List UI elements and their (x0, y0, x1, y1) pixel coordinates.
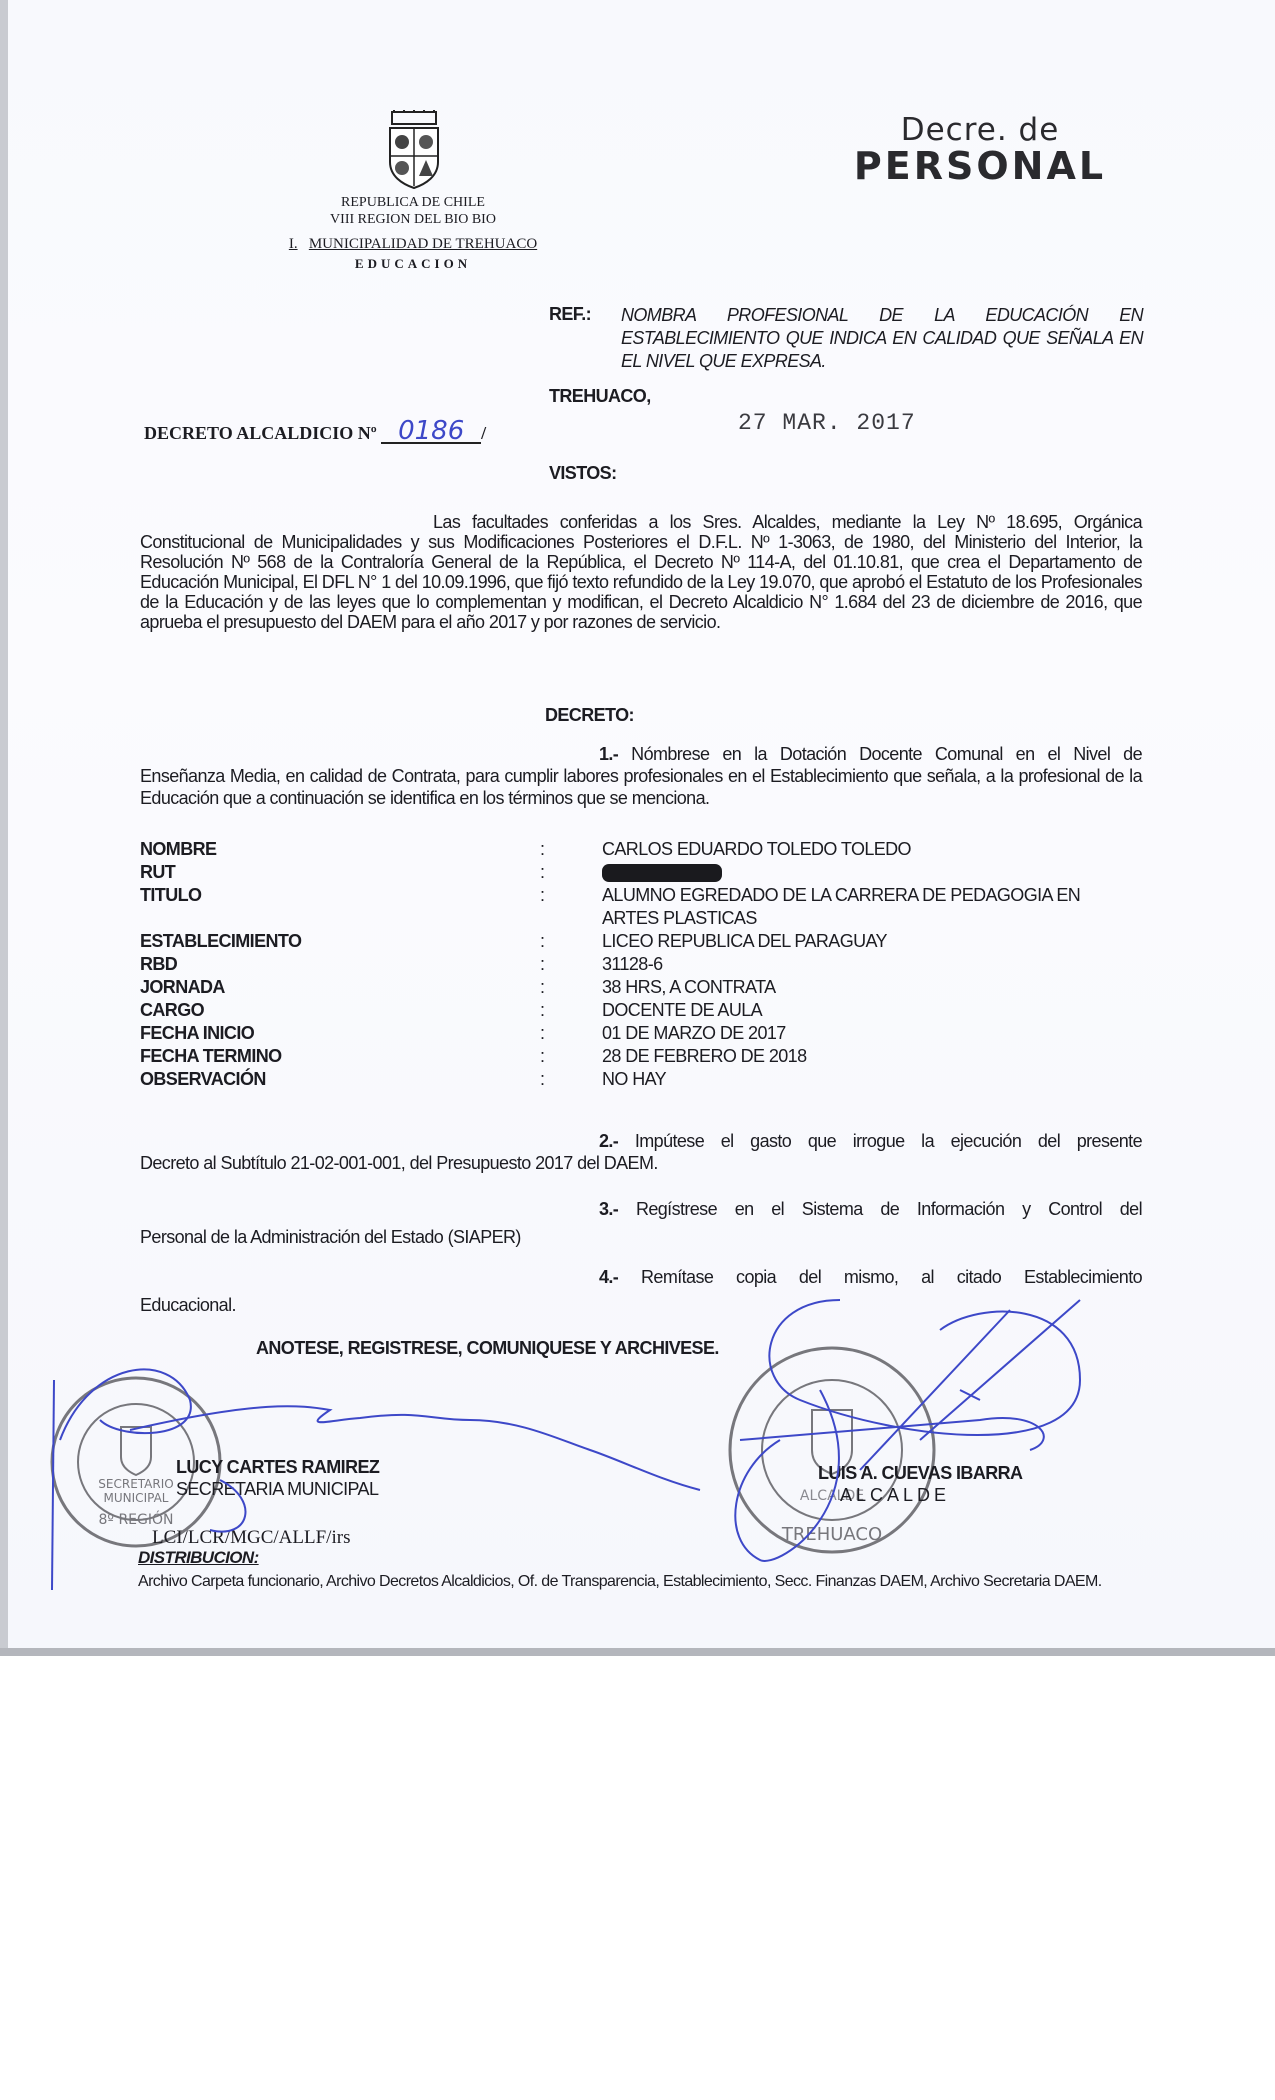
mayor-seal-icon: ALCALDE TREHUACO (722, 1340, 942, 1560)
decree-number-label: DECRETO ALCALDICIO Nº (144, 423, 377, 443)
municipality-prefix: I. (289, 236, 298, 252)
place: TREHUACO, (549, 386, 651, 407)
appointment-details: NOMBRE:CARLOS EDUARDO TOLEDO TOLEDO RUT:… (140, 838, 1150, 1091)
stamp-line-2: PERSONAL (830, 144, 1130, 188)
decreto-heading: DECRETO: (545, 705, 634, 726)
closing-formula: ANOTESE, REGISTRESE, COMUNIQUESE Y ARCHI… (256, 1338, 719, 1359)
article-4: 4.- Remítase copia del mismo, al citado … (140, 1266, 1142, 1316)
svg-text:MUNICIPAL: MUNICIPAL (104, 1491, 169, 1505)
article-1: 1.- Nómbrese en la Dotación Docente Comu… (140, 743, 1142, 809)
redacted-rut (602, 864, 722, 882)
mayor-role: ALCALDE (818, 1484, 1022, 1506)
field-row: OBSERVACIÓN:NO HAY (140, 1068, 1150, 1091)
article-2: 2.- Impútese el gasto que irrogue la eje… (140, 1130, 1142, 1174)
vistos-body: Las facultades conferidas a los Sres. Al… (140, 512, 1142, 632)
secretary-name: LUCY CARTES RAMIREZ (176, 1456, 379, 1478)
municipality-name: MUNICIPALIDAD DE TREHUACO (309, 236, 537, 252)
article-1-rest: Enseñanza Media, en calidad de Contrata,… (140, 765, 1142, 809)
initials: LCI/LCR/MGC/ALLF/irs (152, 1527, 350, 1549)
header-region: VIII REGION DEL BIO BIO (248, 211, 578, 228)
decree-number-slash: / (481, 423, 486, 443)
secretary-signature-block: LUCY CARTES RAMIREZ SECRETARIA MUNICIPAL (176, 1456, 379, 1500)
field-row: FECHA TERMINO:28 DE FEBRERO DE 2018 (140, 1045, 1150, 1068)
distribution-heading: DISTRIBUCION: (138, 1548, 259, 1568)
header-country: REPUBLICA DE CHILE (248, 194, 578, 211)
stamp-line-1: Decre. de (830, 112, 1130, 148)
field-row: FECHA INICIO:01 DE MARZO DE 2017 (140, 1022, 1150, 1045)
header-municipality: I. MUNICIPALIDAD DE TREHUACO (248, 236, 578, 253)
svg-text:SECRETARIO: SECRETARIO (98, 1477, 173, 1491)
field-row: CARGO:DOCENTE DE AULA (140, 999, 1150, 1022)
distribution-text: Archivo Carpeta funcionario, Archivo Dec… (138, 1572, 1143, 1591)
decree-number: DECRETO ALCALDICIO Nº 0186/ (144, 420, 486, 444)
article-1-head: Nómbrese en la Dotación Docente Comunal … (631, 744, 1142, 764)
ref-text: NOMBRA PROFESIONAL DE LA EDUCACIÓN EN ES… (621, 304, 1143, 373)
decree-number-handwritten: 0186 (381, 420, 481, 444)
svg-text:8º REGIÓN: 8º REGIÓN (99, 1510, 174, 1528)
vistos-text: Las facultades conferidas a los Sres. Al… (140, 512, 1142, 632)
article-1-num: 1.- (599, 744, 618, 764)
field-row: RBD:31128-6 (140, 953, 1150, 976)
field-row: JORNADA:38 HRS, A CONTRATA (140, 976, 1150, 999)
ref-label: REF.: (549, 304, 591, 325)
svg-text:TREHUACO: TREHUACO (781, 1524, 882, 1545)
field-row: ESTABLECIMIENTO:LICEO REPUBLICA DEL PARA… (140, 930, 1150, 953)
mayor-signature-block: LUIS A. CUEVAS IBARRA ALCALDE (818, 1462, 1022, 1506)
decree-type-stamp: Decre. de PERSONAL (830, 112, 1130, 188)
field-row: TITULO:ALUMNO EGREDADO DE LA CARRERA DE … (140, 884, 1150, 930)
scan-edge (0, 1648, 1275, 1656)
article-3: 3.- Regístrese en el Sistema de Informac… (140, 1198, 1142, 1248)
header-department: EDUCACION (248, 255, 578, 272)
field-row: NOMBRE:CARLOS EDUARDO TOLEDO TOLEDO (140, 838, 1150, 861)
vistos-heading: VISTOS: (549, 463, 616, 484)
mayor-name: LUIS A. CUEVAS IBARRA (818, 1462, 1022, 1484)
field-row: RUT: (140, 861, 1150, 884)
coat-of-arms-icon (384, 110, 444, 190)
date-stamp: 27 MAR. 2017 (738, 410, 916, 436)
secretary-role: SECRETARIA MUNICIPAL (176, 1478, 379, 1500)
